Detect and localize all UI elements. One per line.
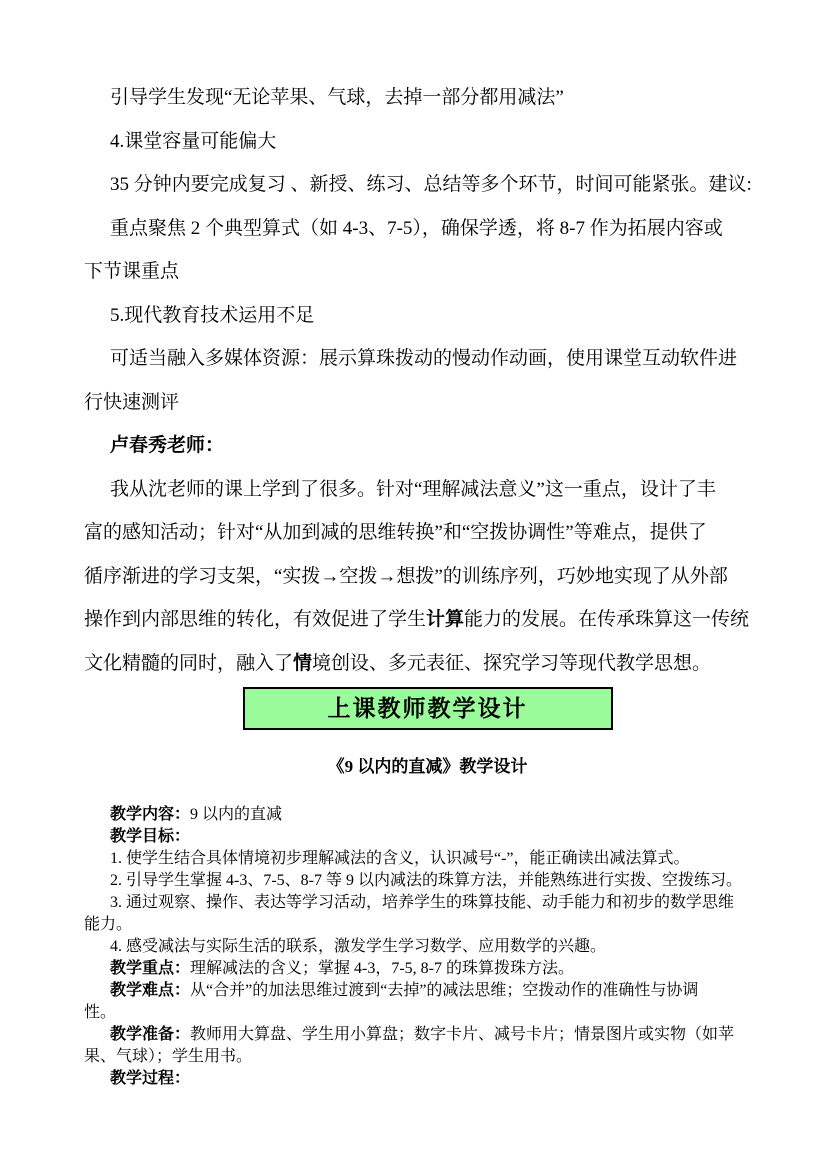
text: 文化精髓的同时，融入了 bbox=[84, 653, 293, 674]
text-line: 引导学生发现“无论苹果、气球，去掉一部分都用减法” bbox=[84, 76, 771, 120]
text-line: 能力。 bbox=[84, 914, 771, 936]
text: 下节课重点 bbox=[84, 261, 179, 282]
text: 3. 通过观察、操作、表达等学习活动，培养学生的珠算技能、动手能力和初步的数学思… bbox=[110, 894, 734, 911]
text: 性。 bbox=[84, 1004, 116, 1021]
text-line: 2. 引导学生掌握 4-3、7-5、8-7 等 9 以内减法的珠算方法，并能熟练… bbox=[84, 870, 771, 892]
text: 果、气球）；学生用书。 bbox=[84, 1048, 252, 1065]
text: 从“合并”的加法思维过渡到“去掉”的减法思维；空拨动作的准确性与协调 bbox=[190, 982, 698, 999]
bold-text: 教学过程： bbox=[110, 1070, 190, 1087]
text: 4.课堂容量可能偏大 bbox=[110, 131, 276, 152]
lesson-plan-title: 《9 以内的直减》教学设计 bbox=[84, 756, 771, 778]
bold-text: 教学重点： bbox=[110, 960, 190, 977]
lesson-plan-section: 教学内容：9 以内的直减教学目标：1. 使学生结合具体情境初步理解减法的含义，认… bbox=[84, 804, 771, 1090]
text-line: 我从沈老师的课上学到了很多。针对“理解减法意义”这一重点，设计了丰 bbox=[84, 468, 771, 512]
text: 富的感知活动；针对“从加到减的思维转换”和“空拨协调性”等难点，提供了 bbox=[84, 522, 707, 543]
text: 能力。 bbox=[84, 916, 132, 933]
text-line: 3. 通过观察、操作、表达等学习活动，培养学生的珠算技能、动手能力和初步的数学思… bbox=[84, 892, 771, 914]
bold-text: 教学准备： bbox=[110, 1026, 190, 1043]
text-line: 操作到内部思维的转化，有效促进了学生计算能力的发展。在传承珠算这一传统 bbox=[84, 598, 771, 642]
review-comments-section: 引导学生发现“无论苹果、气球，去掉一部分都用减法”4.课堂容量可能偏大35 分钟… bbox=[84, 76, 771, 685]
text-line: 教学过程： bbox=[84, 1068, 771, 1090]
text-line: 教学难点：从“合并”的加法思维过渡到“去掉”的减法思维；空拨动作的准确性与协调 bbox=[84, 980, 771, 1002]
text-line: 文化精髓的同时，融入了情境创设、多元表征、探究学习等现代教学思想。 bbox=[84, 642, 771, 686]
text-line: 可适当融入多媒体资源：展示算珠拨动的慢动作动画，使用课堂互动软件进 bbox=[84, 337, 771, 381]
text: 理解减法的含义；掌握 4-3，7-5, 8-7 的珠算拨珠方法。 bbox=[190, 960, 574, 977]
text: 35 分钟内要完成复习 、新授、练习、总结等多个环节，时间可能紧张。建议: bbox=[110, 174, 752, 195]
bold-text: 卢春秀老师： bbox=[110, 435, 224, 456]
text-line: 1. 使学生结合具体情境初步理解减法的含义，认识减号“-”，能正确读出减法算式。 bbox=[84, 848, 771, 870]
text: 9 以内的直减 bbox=[190, 806, 282, 823]
text-line: 行快速测评 bbox=[84, 381, 771, 425]
text-line: 35 分钟内要完成复习 、新授、练习、总结等多个环节，时间可能紧张。建议: bbox=[84, 163, 771, 207]
text-line: 循序渐进的学习支架，“实拨→空拨→想拨”的训练序列，巧妙地实现了从外部 bbox=[84, 555, 771, 599]
teacher-design-banner: 上课教师教学设计 bbox=[243, 687, 613, 730]
text: 行快速测评 bbox=[84, 392, 179, 413]
bold-text: 计算 bbox=[426, 609, 464, 630]
text-line: 卢春秀老师： bbox=[84, 424, 771, 468]
text-line: 教学重点：理解减法的含义；掌握 4-3，7-5, 8-7 的珠算拨珠方法。 bbox=[84, 958, 771, 980]
text-line: 4.课堂容量可能偏大 bbox=[84, 120, 771, 164]
text-line: 4. 感受减法与实际生活的联系，激发学生学习数学、应用数学的兴趣。 bbox=[84, 936, 771, 958]
text-line: 富的感知活动；针对“从加到减的思维转换”和“空拨协调性”等难点，提供了 bbox=[84, 511, 771, 555]
text-line: 下节课重点 bbox=[84, 250, 771, 294]
text: 境创设、多元表征、探究学习等现代教学思想。 bbox=[312, 653, 711, 674]
bold-text: 情 bbox=[293, 653, 312, 674]
document-page: 引导学生发现“无论苹果、气球，去掉一部分都用减法”4.课堂容量可能偏大35 分钟… bbox=[0, 0, 827, 1170]
bold-text: 教学内容： bbox=[110, 806, 190, 823]
text: 2. 引导学生掌握 4-3、7-5、8-7 等 9 以内减法的珠算方法，并能熟练… bbox=[110, 872, 742, 889]
text-line: 性。 bbox=[84, 1002, 771, 1024]
text: 可适当融入多媒体资源：展示算珠拨动的慢动作动画，使用课堂互动软件进 bbox=[110, 348, 737, 369]
text: 能力的发展。在传承珠算这一传统 bbox=[464, 609, 749, 630]
text-line: 重点聚焦 2 个典型算式（如 4-3、7-5），确保学透，将 8-7 作为拓展内… bbox=[84, 207, 771, 251]
text: 操作到内部思维的转化，有效促进了学生 bbox=[84, 609, 426, 630]
text-line: 教学内容：9 以内的直减 bbox=[84, 804, 771, 826]
text: 4. 感受减法与实际生活的联系，激发学生学习数学、应用数学的兴趣。 bbox=[110, 938, 606, 955]
text: 引导学生发现“无论苹果、气球，去掉一部分都用减法” bbox=[110, 87, 564, 108]
text: 重点聚焦 2 个典型算式（如 4-3、7-5），确保学透，将 8-7 作为拓展内… bbox=[110, 218, 723, 239]
text-line: 5.现代教育技术运用不足 bbox=[84, 294, 771, 338]
text: 5.现代教育技术运用不足 bbox=[110, 305, 314, 326]
teacher-design-banner-label: 上课教师教学设计 bbox=[328, 695, 528, 721]
bold-text: 教学难点： bbox=[110, 982, 190, 999]
text: 循序渐进的学习支架，“实拨→空拨→想拨”的训练序列，巧妙地实现了从外部 bbox=[84, 566, 728, 587]
text: 1. 使学生结合具体情境初步理解减法的含义，认识减号“-”，能正确读出减法算式。 bbox=[110, 850, 690, 867]
text: 教师用大算盘、学生用小算盘；数字卡片、减号卡片；情景图片或实物（如苹 bbox=[190, 1026, 734, 1043]
text-line: 教学目标： bbox=[84, 826, 771, 848]
text-line: 果、气球）；学生用书。 bbox=[84, 1046, 771, 1068]
text: 我从沈老师的课上学到了很多。针对“理解减法意义”这一重点，设计了丰 bbox=[110, 479, 716, 500]
text-line: 教学准备：教师用大算盘、学生用小算盘；数字卡片、减号卡片；情景图片或实物（如苹 bbox=[84, 1024, 771, 1046]
bold-text: 教学目标： bbox=[110, 828, 190, 845]
